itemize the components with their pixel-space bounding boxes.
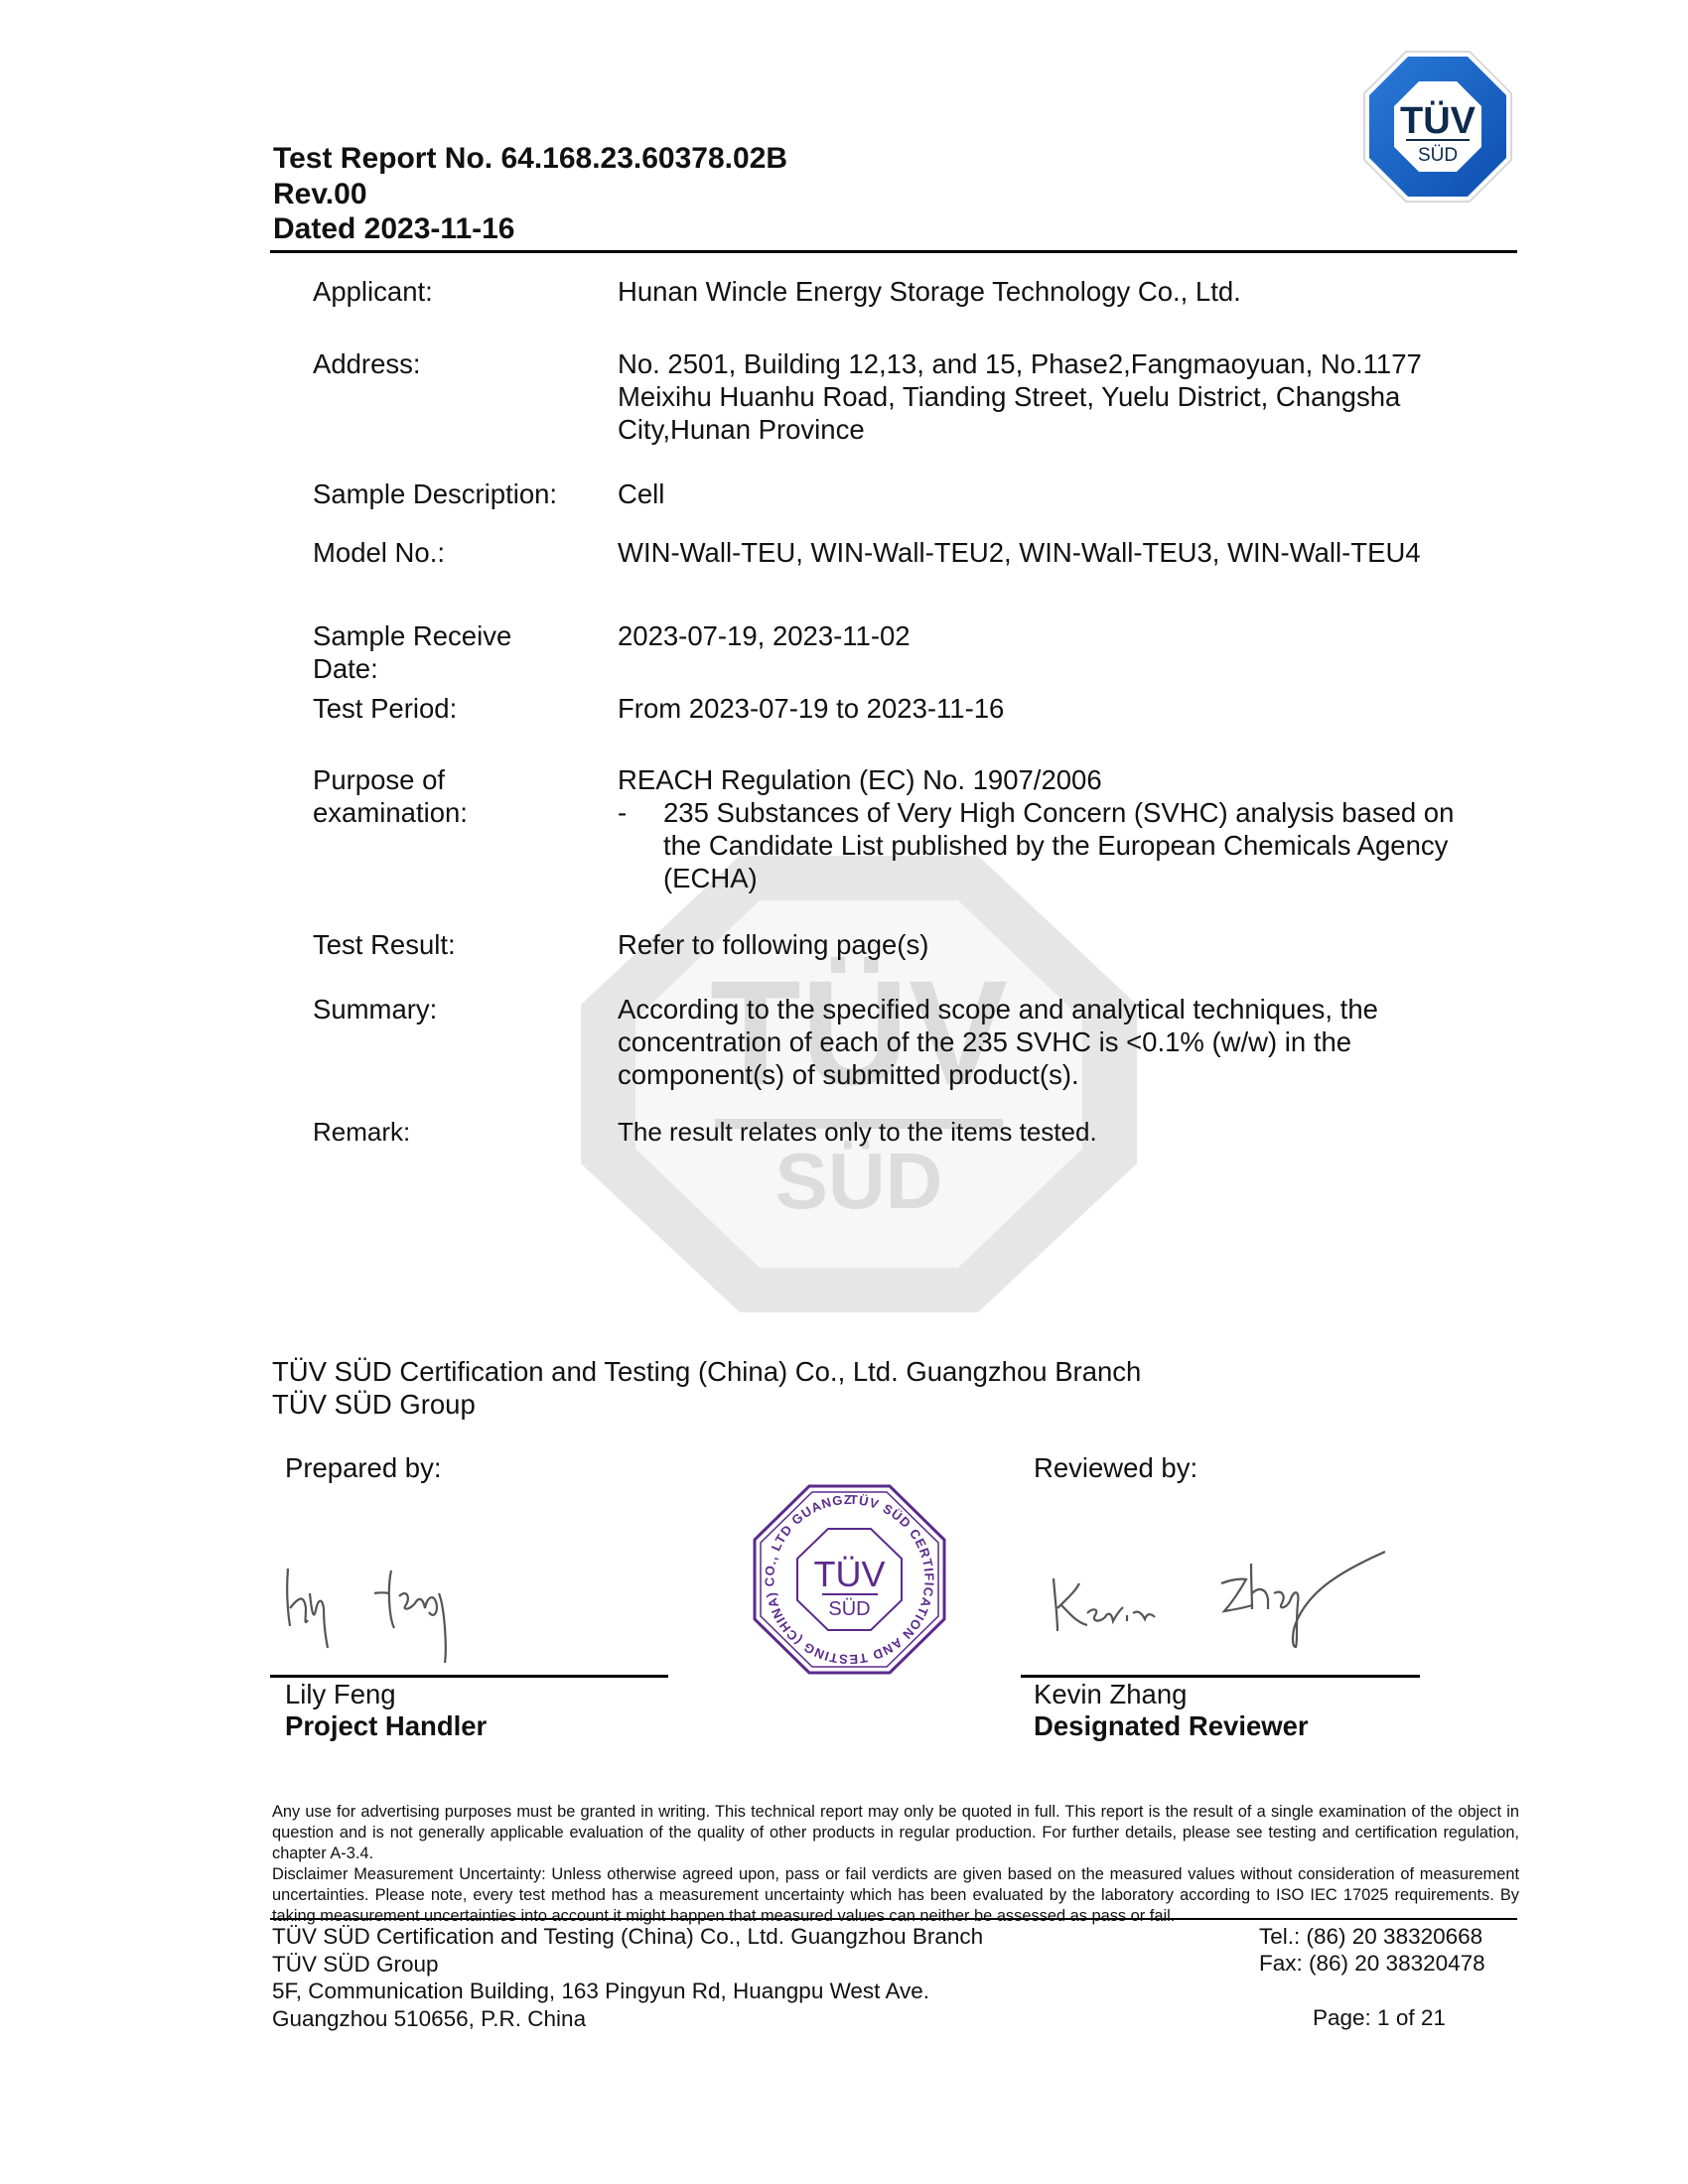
address-line: City,Hunan Province [618, 413, 1422, 446]
applicant-label: Applicant: [313, 275, 433, 308]
reviewed-by-heading: Reviewed by: [1034, 1451, 1197, 1484]
svg-text:TÜV: TÜV [1400, 99, 1477, 142]
label-line: Sample Receive [313, 619, 511, 652]
svg-text:TÜV: TÜV [814, 1554, 886, 1594]
signature-kevin-zhang-icon [1048, 1544, 1385, 1653]
purpose-label: Purpose of examination: [313, 763, 468, 829]
footer-divider [270, 1918, 1517, 1920]
remark-value: The result relates only to the items tes… [618, 1116, 1097, 1149]
footer-address: TÜV SÜD Certification and Testing (China… [272, 1923, 983, 2032]
footer-line: Guangzhou 510656, P.R. China [272, 2005, 983, 2033]
summary-value: According to the specified scope and ana… [618, 993, 1378, 1091]
bullet-line: the Candidate List published by the Euro… [663, 829, 1454, 862]
summary-label: Summary: [313, 993, 437, 1025]
footer-line: 5F, Communication Building, 163 Pingyun … [272, 1978, 983, 2005]
test-period-label: Test Period: [313, 692, 457, 725]
footer-tel: Tel.: (86) 20 38320668 [1259, 1923, 1482, 1951]
purpose-value: REACH Regulation (EC) No. 1907/2006 - 23… [618, 763, 1454, 894]
tuv-sud-logo-icon: TÜV SÜD [1362, 50, 1513, 204]
address-value: No. 2501, Building 12,13, and 15, Phase2… [618, 347, 1422, 446]
applicant-value: Hunan Wincle Energy Storage Technology C… [618, 275, 1241, 308]
footer-line: TÜV SÜD Group [272, 1951, 983, 1979]
prepared-title: Project Handler [285, 1709, 487, 1742]
model-no-label: Model No.: [313, 536, 445, 569]
test-result-value: Refer to following page(s) [618, 928, 928, 961]
signature-lily-feng-icon [280, 1549, 518, 1668]
model-no-value: WIN-Wall-TEU, WIN-Wall-TEU2, WIN-Wall-TE… [618, 536, 1421, 569]
issuer-group: TÜV SÜD Group [272, 1388, 476, 1421]
sample-receive-date-value: 2023-07-19, 2023-11-02 [618, 619, 911, 652]
address-line: Meixihu Huanhu Road, Tianding Street, Yu… [618, 380, 1422, 413]
label-line: examination: [313, 796, 468, 829]
remark-label: Remark: [313, 1116, 410, 1149]
footer-fax: Fax: (86) 20 38320478 [1259, 1950, 1485, 1978]
summary-line: concentration of each of the 235 SVHC is… [618, 1025, 1378, 1058]
sample-description-value: Cell [618, 478, 664, 510]
label-line: Purpose of [313, 763, 468, 796]
footer-line: TÜV SÜD Certification and Testing (China… [272, 1923, 983, 1951]
report-number: Test Report No. 64.168.23.60378.02B [273, 141, 787, 177]
bullet-line: (ECHA) [663, 862, 1454, 894]
prepared-by-heading: Prepared by: [285, 1451, 441, 1484]
sample-receive-date-label: Sample Receive Date: [313, 619, 511, 685]
header-divider [270, 250, 1517, 253]
reviewed-name: Kevin Zhang [1034, 1678, 1187, 1710]
svg-text:SÜD: SÜD [1418, 145, 1458, 166]
sample-description-label: Sample Description: [313, 478, 557, 510]
label-line: Date: [313, 652, 511, 685]
reviewed-title: Designated Reviewer [1034, 1709, 1309, 1742]
test-period-value: From 2023-07-19 to 2023-11-16 [618, 692, 1004, 725]
issuer-company: TÜV SÜD Certification and Testing (China… [272, 1355, 1141, 1388]
disclaimer: Any use for advertising purposes must be… [272, 1802, 1519, 1927]
purpose-regulation: REACH Regulation (EC) No. 1907/2006 [618, 763, 1454, 796]
summary-line: According to the specified scope and ana… [618, 993, 1378, 1025]
disclaimer-usage: Any use for advertising purposes must be… [272, 1802, 1519, 1864]
address-label: Address: [313, 347, 421, 380]
bullet-line: 235 Substances of Very High Concern (SVH… [663, 796, 1454, 829]
svg-text:SÜD: SÜD [775, 1137, 943, 1225]
address-line: No. 2501, Building 12,13, and 15, Phase2… [618, 347, 1422, 380]
report-date: Dated 2023-11-16 [273, 211, 515, 247]
company-seal-icon: TÜV SÜD CERTIFICATION AND TESTING (CHINA… [753, 1484, 946, 1675]
summary-line: component(s) of submitted product(s). [618, 1058, 1378, 1091]
report-revision: Rev.00 [273, 177, 367, 212]
bullet-dash: - [618, 796, 663, 894]
page-number: Page: 1 of 21 [1313, 2004, 1446, 2032]
test-result-label: Test Result: [313, 928, 456, 961]
prepared-name: Lily Feng [285, 1678, 396, 1710]
svg-text:SÜD: SÜD [828, 1598, 870, 1620]
purpose-bullet-item: - 235 Substances of Very High Concern (S… [618, 796, 1454, 894]
